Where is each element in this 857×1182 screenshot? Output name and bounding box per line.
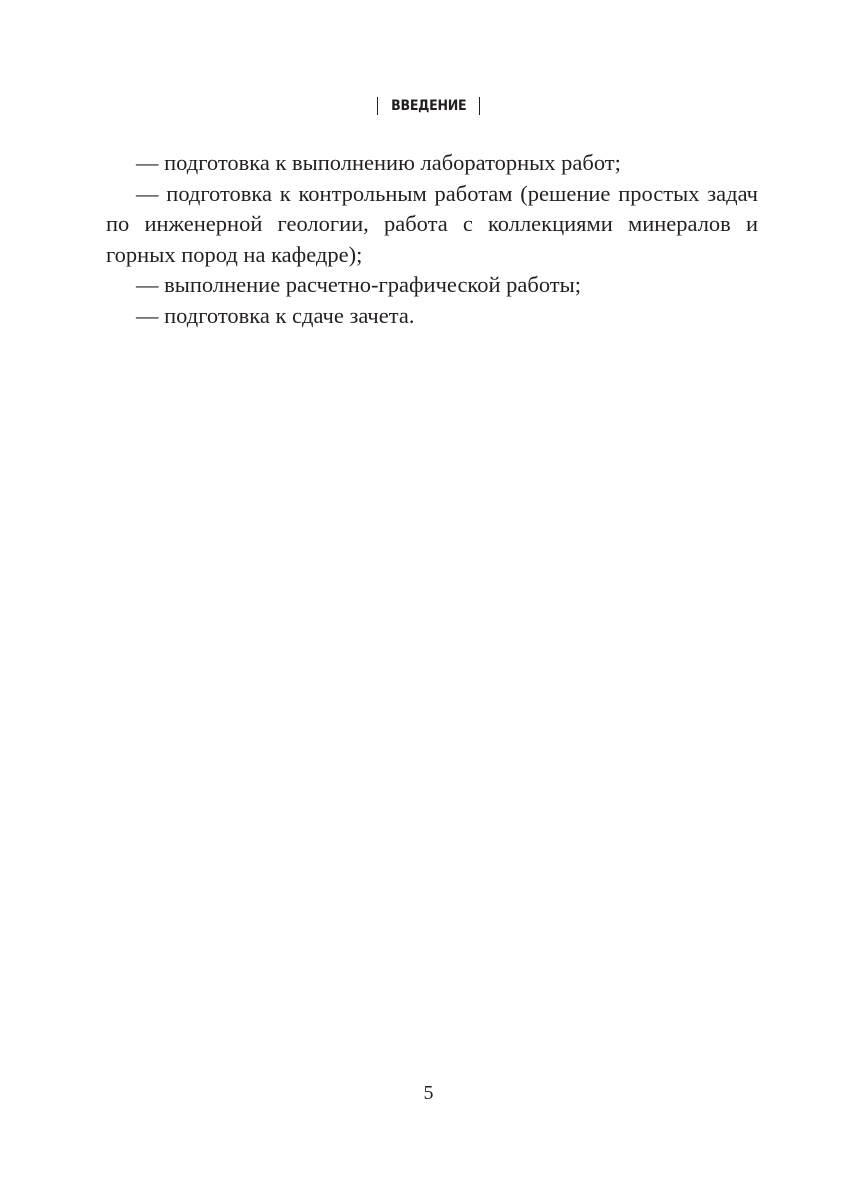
list-item: — выполнение расчетно-графической работы… — [106, 270, 758, 301]
section-title: ВВЕДЕНИЕ — [391, 96, 466, 116]
right-divider — [479, 97, 480, 115]
left-divider — [377, 97, 378, 115]
list-item: — подготовка к контрольным работам (реше… — [106, 179, 758, 271]
list-item: — подготовка к сдаче зачета. — [106, 301, 758, 332]
running-head: ВВЕДЕНИЕ — [0, 96, 857, 116]
page-number: 5 — [0, 1081, 857, 1105]
list-item: — подготовка к выполнению лабораторных р… — [106, 148, 758, 179]
body-text: — подготовка к выполнению лабораторных р… — [106, 148, 758, 331]
